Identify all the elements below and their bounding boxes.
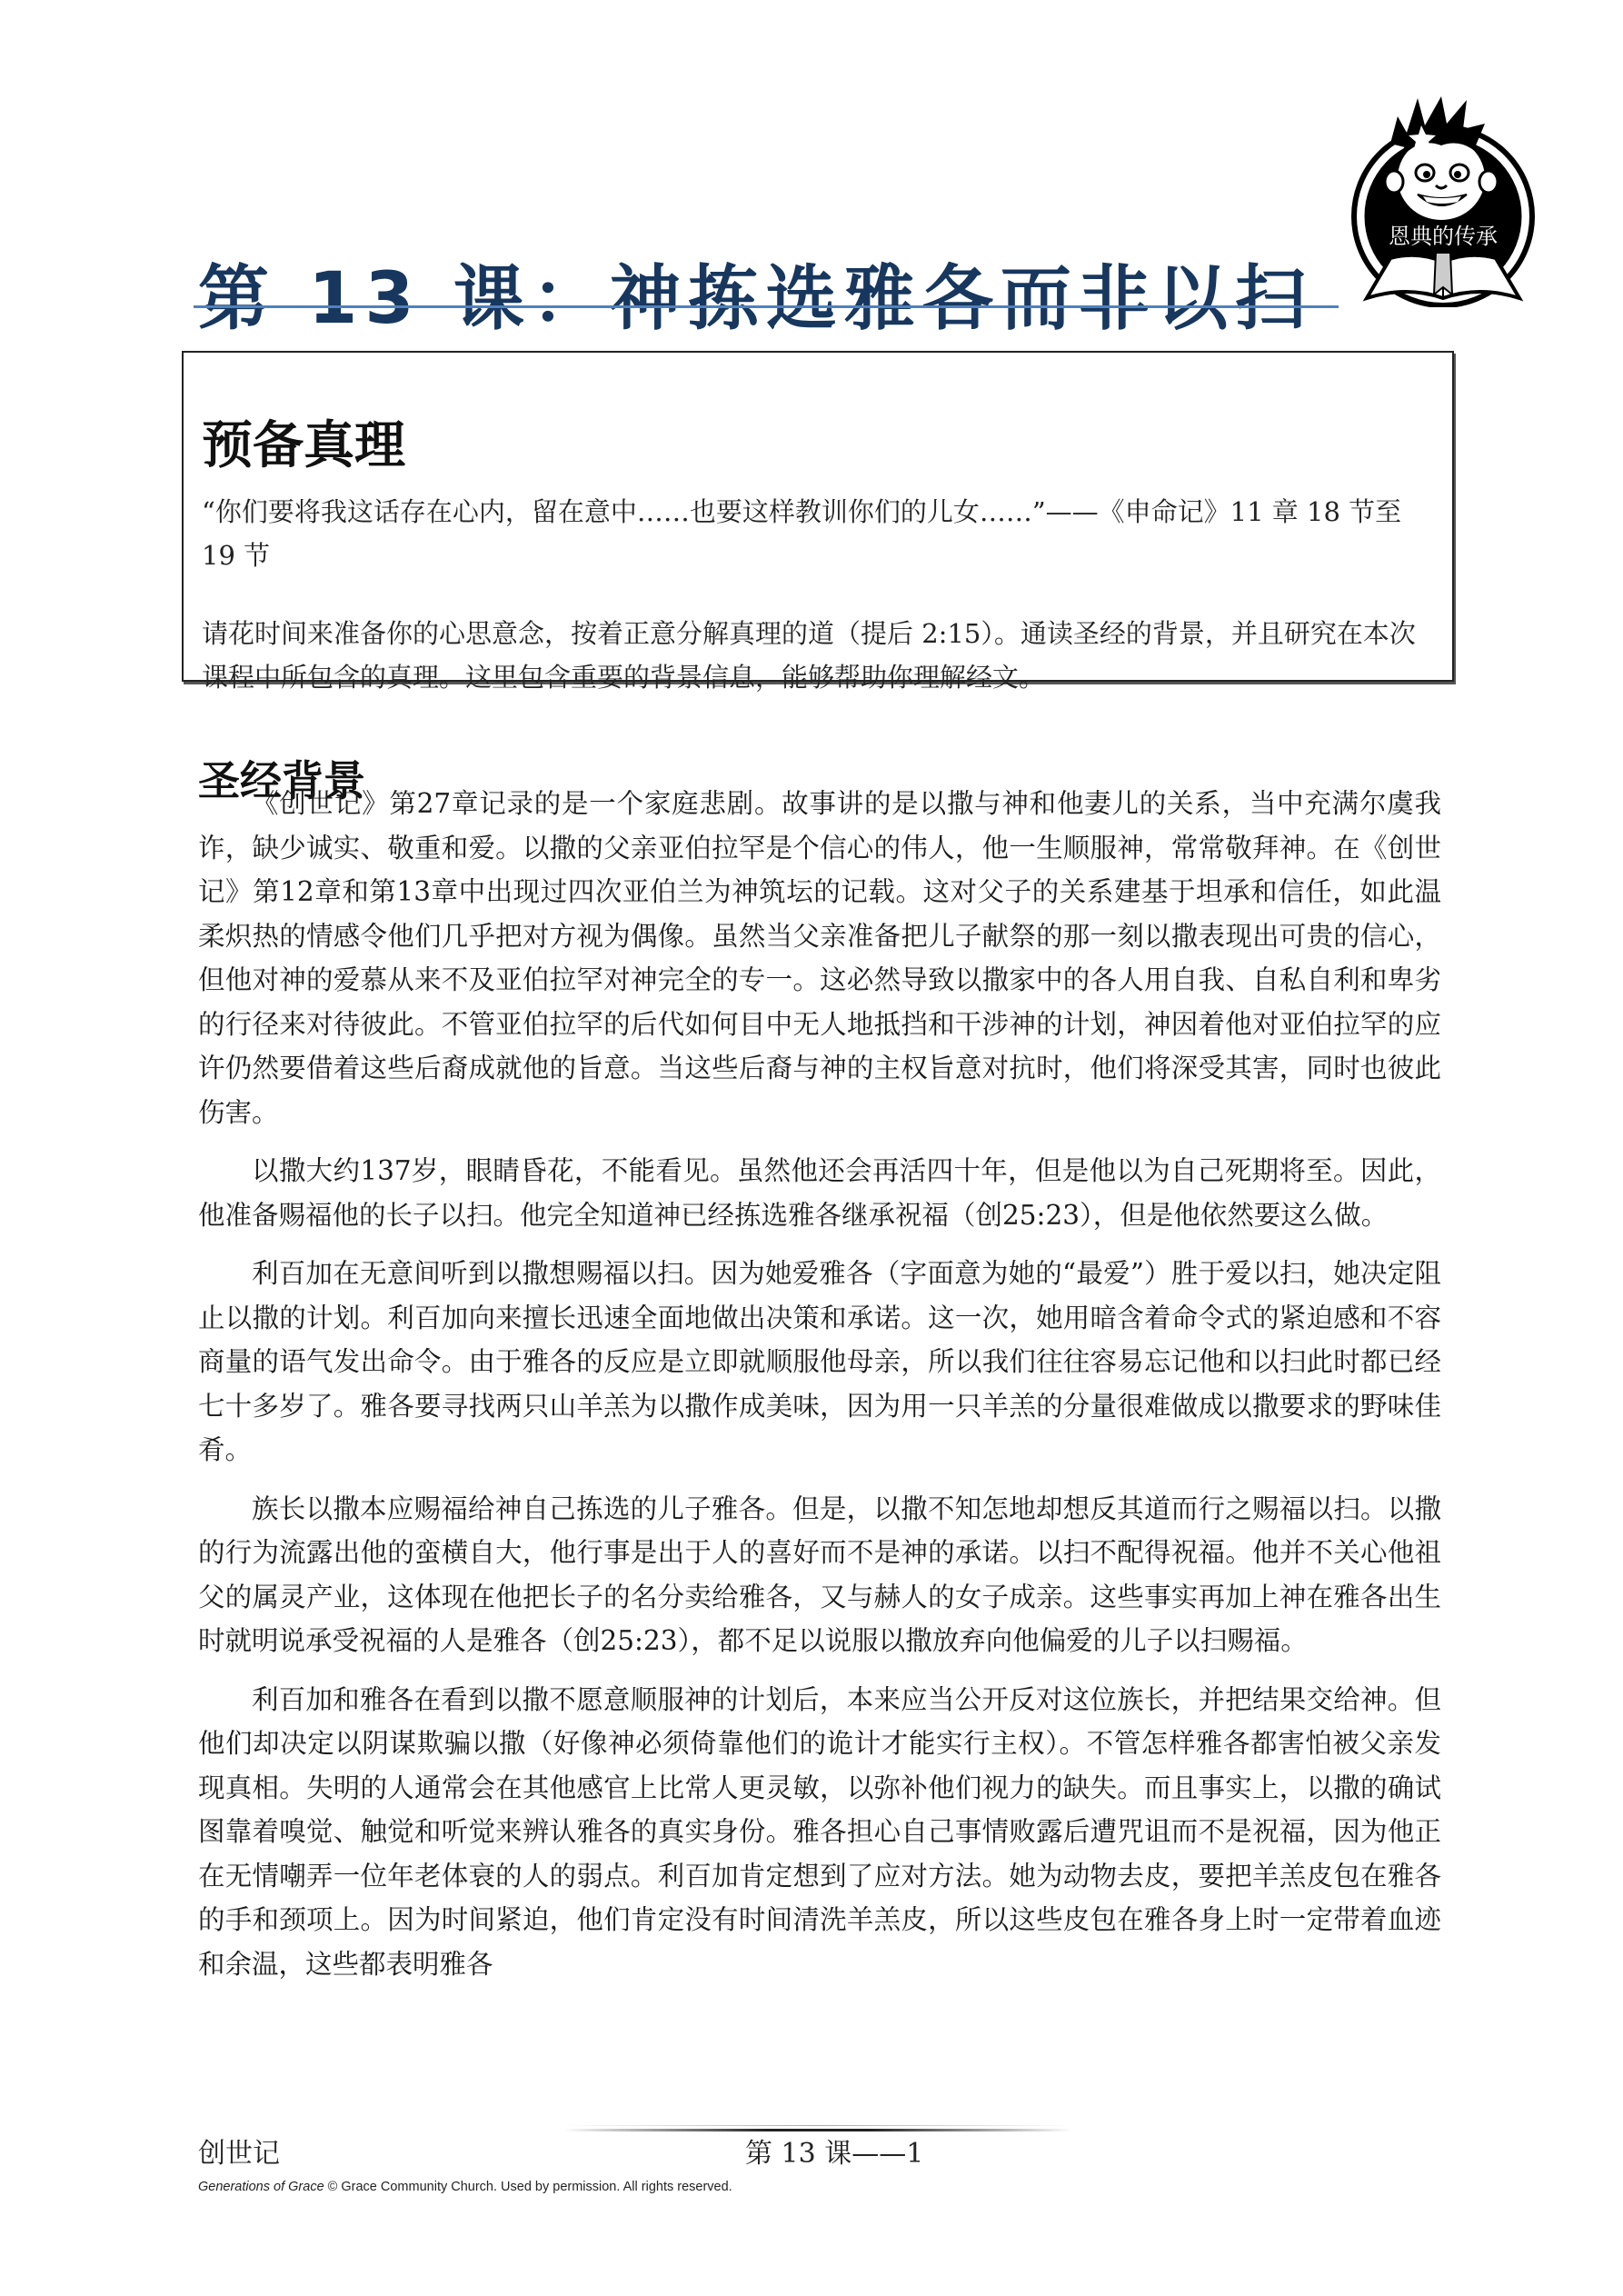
- paragraph: 族长以撒本应赐福给神自己拣选的儿子雅各。但是，以撒不知怎地却想反其道而行之赐福以…: [198, 1487, 1441, 1663]
- paragraph: 《创世记》第27章记录的是一个家庭悲剧。故事讲的是以撒与神和他妻儿的关系，当中充…: [198, 782, 1441, 1134]
- bible-background-text: 《创世记》第27章记录的是一个家庭悲剧。故事讲的是以撒与神和他妻儿的关系，当中充…: [198, 782, 1441, 2001]
- prepare-truth-heading: 预备真理: [202, 414, 405, 478]
- footer-divider: [563, 2129, 1072, 2131]
- paragraph: 利百加在无意间听到以撒想赐福以扫。因为她爱雅各（字面意为她的“最爱”）胜于爱以扫…: [198, 1252, 1441, 1472]
- memory-verse-quote: “你们要将我这话存在心内，留在意中……也要这样教训你们的儿女……”——《申命记》…: [202, 490, 1430, 577]
- generations-of-grace-logo-icon: 恩典的传承: [1334, 80, 1552, 307]
- paragraph: 利百加和雅各在看到以撒不愿意顺服神的计划后，本来应当公开反对这位族长，并把结果交…: [198, 1678, 1441, 1987]
- title-divider: [194, 305, 1339, 308]
- footer-page-number: 第 13 课——1: [745, 2136, 923, 2172]
- footer-divider-faint: [563, 2125, 1072, 2126]
- logo-text: 恩典的传承: [1389, 224, 1498, 249]
- prepare-truth-box: 预备真理 “你们要将我这话存在心内，留在意中……也要这样教训你们的儿女……”——…: [182, 351, 1454, 682]
- copyright-text: © Grace Community Church. Used by permis…: [324, 2180, 732, 2194]
- copyright-title: Generations of Grace: [198, 2180, 324, 2194]
- paragraph: 以撒大约137岁，眼睛昏花，不能看见。虽然他还会再活四十年，但是他以为自己死期将…: [198, 1149, 1441, 1237]
- footer-copyright: Generations of Grace © Grace Community C…: [198, 2178, 732, 2196]
- footer-book-name: 创世记: [198, 2136, 280, 2172]
- page-title: 第 13 课：神拣选雅各而非以扫: [198, 249, 1343, 349]
- preparation-instructions: 请花时间来准备你的心思意念，按着正意分解真理的道（提后 2:15）。通读圣经的背…: [202, 612, 1430, 699]
